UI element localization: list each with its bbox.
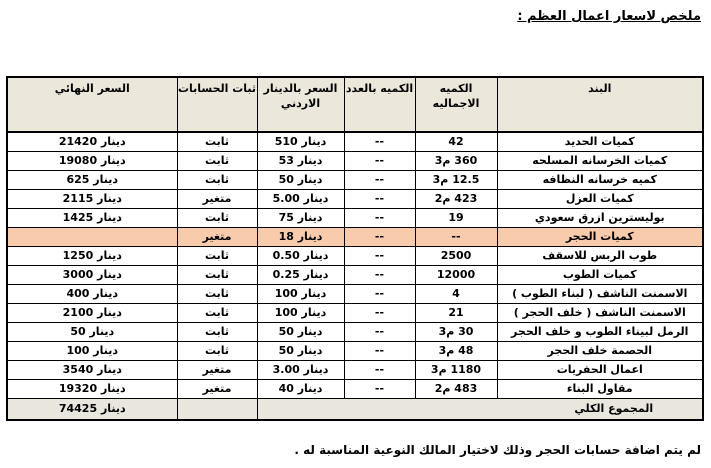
table-row: كميات الحديد 42 -- 510 دينار ثابت 21420 … [7,132,703,152]
stability-cell: ثابت [177,152,257,171]
stability-cell: ثابت [177,171,257,190]
item-name-cell: الحصمة خلف الحجر [497,342,703,361]
count-qty-cell: -- [344,285,415,304]
grand-total-stability-cell [177,399,257,421]
unit-price-cell: 75 دينار [257,209,344,228]
total-qty-cell: 30 م3 [415,323,497,342]
col-header-stability: ثبات الحسابات [177,77,257,132]
final-price-cell: 19080 دينار [7,152,177,171]
count-qty-cell: -- [344,323,415,342]
total-qty-cell: 4 [415,285,497,304]
final-price-cell: 1250 دينار [7,247,177,266]
count-qty-cell: -- [344,380,415,399]
count-qty-cell: -- [344,209,415,228]
count-qty-cell: -- [344,304,415,323]
table-row: كميه خرسانه النظافه 12.5 م3 -- 50 دينار … [7,171,703,190]
final-price-cell: 19320 دينار [7,380,177,399]
total-qty-cell: 42 [415,132,497,152]
stability-cell: ثابت [177,323,257,342]
price-summary-table: البند الكميه الاجماليه الكميه بالعدد الس… [6,76,704,421]
unit-price-cell: 3.00 دينار [257,361,344,380]
total-qty-cell: 48 م3 [415,342,497,361]
count-qty-cell: -- [344,228,415,247]
final-price-cell: 50 دينار [7,323,177,342]
document-title: ملخص لاسعار اعمال العظم : [0,9,701,24]
final-price-cell: 400 دينار [7,285,177,304]
stability-cell: ثابت [177,285,257,304]
unit-price-cell: 50 دينار [257,323,344,342]
final-price-cell: 1425 دينار [7,209,177,228]
final-price-cell: 3540 دينار [7,361,177,380]
unit-price-cell: 50 دينار [257,171,344,190]
grand-total-value-cell: 74425 دينار [7,399,177,421]
item-name-cell: كميات الخرسانه المسلحه [497,152,703,171]
item-name-cell: اعمال الحفريات [497,361,703,380]
item-name-cell: مقاول البناء [497,380,703,399]
final-price-cell: 21420 دينار [7,132,177,152]
col-header-total-qty: الكميه الاجماليه [415,77,497,132]
stability-cell: متغير [177,190,257,209]
item-name-cell: كميه خرسانه النظافه [497,171,703,190]
col-header-item: البند [497,77,703,132]
count-qty-cell: -- [344,247,415,266]
total-qty-cell: 1180 م3 [415,361,497,380]
count-qty-cell: -- [344,266,415,285]
unit-price-cell: 40 دينار [257,380,344,399]
unit-price-cell: 100 دينار [257,285,344,304]
total-qty-cell: -- [415,228,497,247]
table-row: طوب الربس للاسقف 2500 -- 0.50 دينار ثابت… [7,247,703,266]
stability-cell: ثابت [177,247,257,266]
unit-price-cell: 50 دينار [257,342,344,361]
count-qty-cell: -- [344,342,415,361]
stability-cell: ثابت [177,209,257,228]
item-name-cell: طوب الربس للاسقف [497,247,703,266]
table-row: الرمل لبيناء الطوب و خلف الحجر 30 م3 -- … [7,323,703,342]
table-row: كميات العزل 423 م2 -- 5.00 دينار متغير 2… [7,190,703,209]
final-price-cell: 2115 دينار [7,190,177,209]
item-name-cell: الاسمنت الناشف ( خلف الحجر ) [497,304,703,323]
unit-price-cell: 0.25 دينار [257,266,344,285]
col-header-count-qty: الكميه بالعدد [344,77,415,132]
col-header-price: السعر بالدينار الاردني [257,77,344,132]
item-name-cell: الرمل لبيناء الطوب و خلف الحجر [497,323,703,342]
final-price-cell: 2100 دينار [7,304,177,323]
table-row: الاسمنت الناشف ( لبناء الطوب ) 4 -- 100 … [7,285,703,304]
total-qty-cell: 19 [415,209,497,228]
col-header-final-price: السعر النهائي [7,77,177,132]
table-footer-row: المجموع الكلي 74425 دينار [7,399,703,421]
grand-total-label-cell: المجموع الكلي [257,399,703,421]
total-qty-cell: 12.5 م3 [415,171,497,190]
stability-cell: متغير [177,228,257,247]
stability-cell: ثابت [177,266,257,285]
table-row: الحصمة خلف الحجر 48 م3 -- 50 دينار ثابت … [7,342,703,361]
count-qty-cell: -- [344,361,415,380]
final-price-cell [7,228,177,247]
table-row: كميات الحجر -- -- 18 دينار متغير [7,228,703,247]
table-row: اعمال الحفريات 1180 م3 -- 3.00 دينار متغ… [7,361,703,380]
table-row: كميات الخرسانه المسلحه 360 م3 -- 53 دينا… [7,152,703,171]
stability-cell: متغير [177,361,257,380]
stability-cell: ثابت [177,132,257,152]
item-name-cell: كميات الحجر [497,228,703,247]
total-qty-cell: 423 م2 [415,190,497,209]
item-name-cell: الاسمنت الناشف ( لبناء الطوب ) [497,285,703,304]
total-qty-cell: 12000 [415,266,497,285]
total-qty-cell: 21 [415,304,497,323]
total-qty-cell: 2500 [415,247,497,266]
count-qty-cell: -- [344,132,415,152]
item-name-cell: كميات العزل [497,190,703,209]
stability-cell: متغير [177,380,257,399]
unit-price-cell: 18 دينار [257,228,344,247]
item-name-cell: كميات الطوب [497,266,703,285]
table-row: الاسمنت الناشف ( خلف الحجر ) 21 -- 100 د… [7,304,703,323]
stability-cell: ثابت [177,342,257,361]
count-qty-cell: -- [344,171,415,190]
unit-price-cell: 510 دينار [257,132,344,152]
item-name-cell: بوليسترين ازرق سعودي [497,209,703,228]
table-row: مقاول البناء 483 م2 -- 40 دينار متغير 19… [7,380,703,399]
final-price-cell: 625 دينار [7,171,177,190]
table-row: بوليسترين ازرق سعودي 19 -- 75 دينار ثابت… [7,209,703,228]
total-qty-cell: 360 م3 [415,152,497,171]
total-qty-cell: 483 م2 [415,380,497,399]
unit-price-cell: 5.00 دينار [257,190,344,209]
unit-price-cell: 100 دينار [257,304,344,323]
item-name-cell: كميات الحديد [497,132,703,152]
stability-cell: ثابت [177,304,257,323]
count-qty-cell: -- [344,152,415,171]
table-row: كميات الطوب 12000 -- 0.25 دينار ثابت 300… [7,266,703,285]
final-price-cell: 100 دينار [7,342,177,361]
unit-price-cell: 0.50 دينار [257,247,344,266]
unit-price-cell: 53 دينار [257,152,344,171]
count-qty-cell: -- [344,190,415,209]
footnote: لم يتم اضافة حسابات الحجر وذلك لاختيار ا… [10,443,701,457]
table-header-row: البند الكميه الاجماليه الكميه بالعدد الس… [7,77,703,132]
final-price-cell: 3000 دينار [7,266,177,285]
